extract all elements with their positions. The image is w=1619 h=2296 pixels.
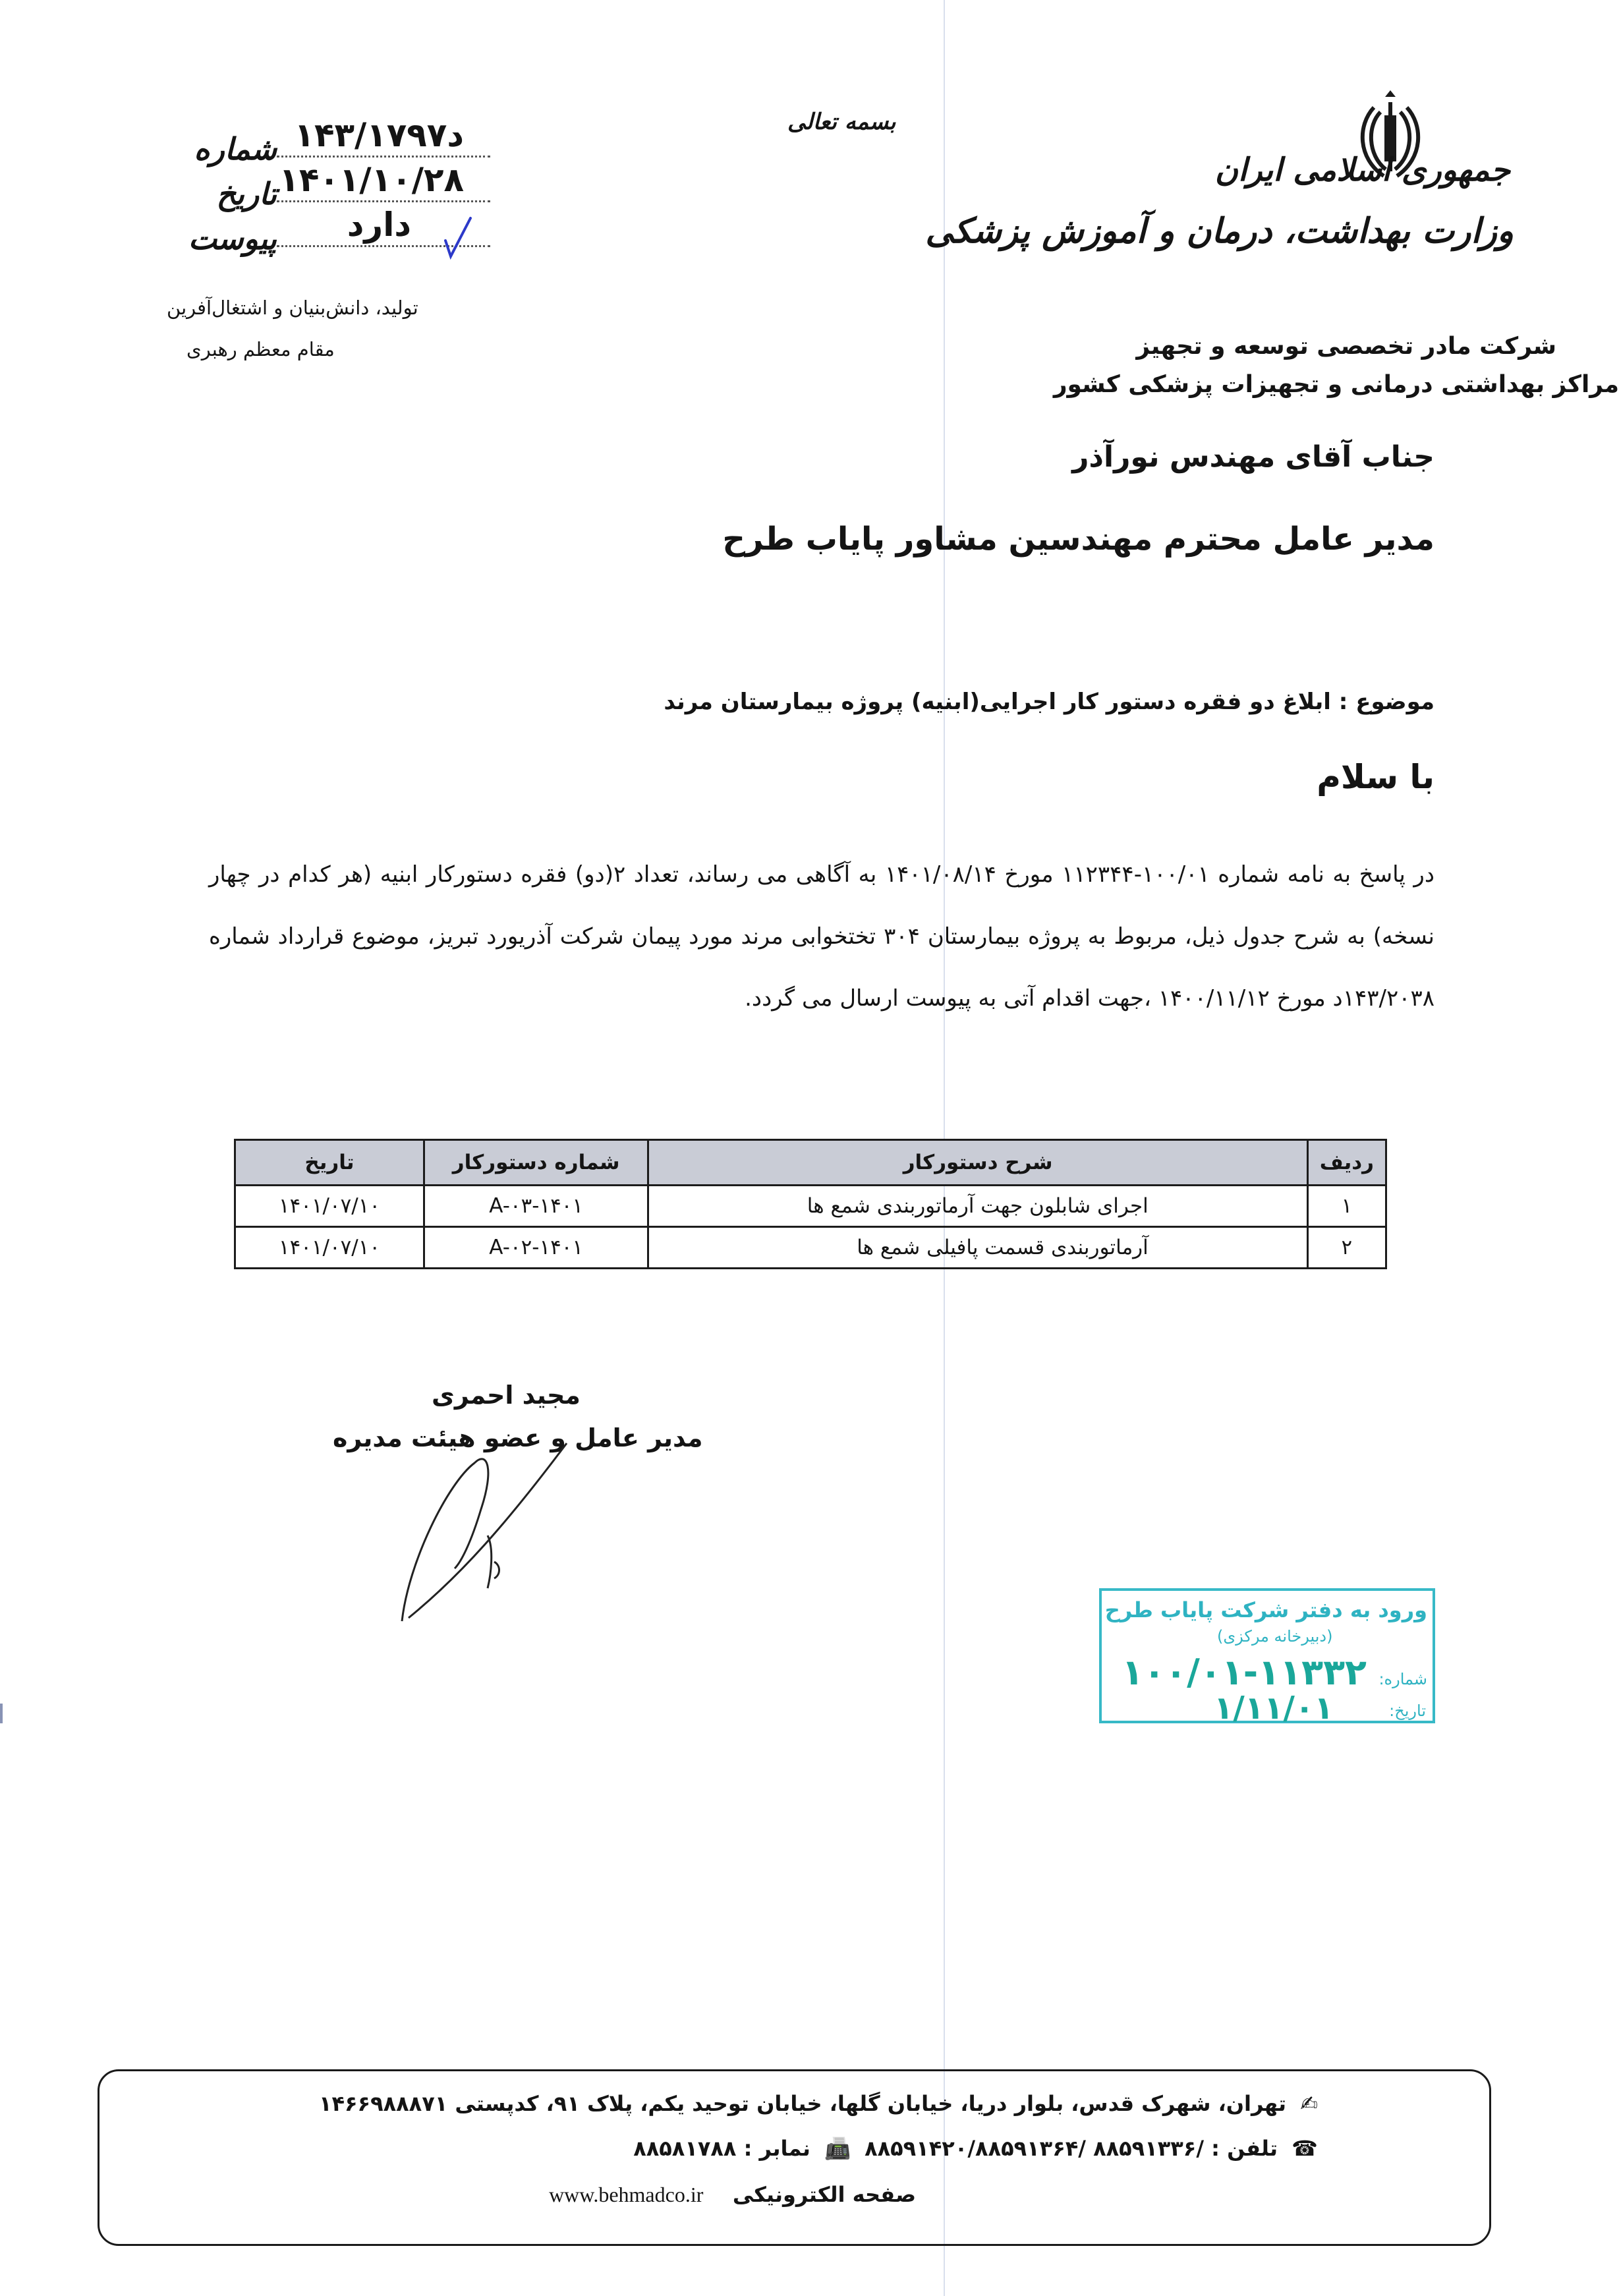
cell-date: ۱۴۰۱/۰۷/۱۰ [235, 1186, 424, 1227]
reference-attachment-value: دارد [347, 206, 411, 244]
ministry-line-1: جمهوری اسلامی ایران [1215, 152, 1510, 188]
receipt-stamp: ورود به دفتر شرکت پایاب طرح (دبیرخانه مر… [1099, 1588, 1435, 1723]
ministry-line-2: وزارت بهداشت، درمان و آموزش پزشکی [925, 211, 1514, 251]
stamp-number-label: شماره: [1378, 1670, 1427, 1688]
letter-body: در پاسخ به نامه شماره ۱۰۰/۰۱-۱۱۲۳۴۴ مورخ… [209, 844, 1434, 1029]
scan-edge-mark [0, 1704, 3, 1723]
stamp-number-value: ۱۰۰/۰۱-۱۱۳۳۲ [1122, 1651, 1367, 1693]
stamp-title: ورود به دفتر شرکت پایاب طرح [1105, 1597, 1427, 1622]
slogan-line-1: تولید، دانش‌بنیان و اشتغال‌آفرین [167, 297, 418, 319]
fax-number: ۸۸۵۸۱۷۸۸ [633, 2136, 736, 2161]
address-text: تهران، شهرک قدس، بلوار دریا، خیابان گلها… [319, 2091, 1286, 2116]
table-row: ۲ آرماتوربندی قسمت پافیلی شمع ها A-۰۲-۱۴… [235, 1227, 1386, 1269]
fax-icon: 📠 [824, 2136, 851, 2161]
phone-numbers: ۸۸۵۹۱۴۲۰/۸۸۵۹۱۳۶۴/ ۸۸۵۹۱۳۳۶/ [865, 2136, 1204, 2161]
org-line-1: شرکت مادر تخصصی توسعه و تجهیز [1136, 333, 1556, 360]
handwritten-signature [395, 1430, 619, 1628]
cell-order-number: A-۰۲-۱۴۰۱ [424, 1227, 648, 1269]
telephone-icon: ☎ [1292, 2136, 1318, 2161]
header-row-number: ردیف [1307, 1140, 1386, 1186]
cell-row-number: ۲ [1307, 1227, 1386, 1269]
website-link[interactable]: www.behmadco.ir [549, 2183, 703, 2206]
reference-date-value: ۱۴۰۱/۱۰/۲۸ [279, 161, 464, 199]
reference-date-row: تاریخ ۱۴۰۱/۱۰/۲۸ [198, 167, 494, 212]
phone-label: تلفن : [1211, 2136, 1278, 2161]
reference-date-label: تاریخ [198, 176, 277, 212]
table-row: ۱ اجرای شابلون جهت آرماتوربندی شمع ها A-… [235, 1186, 1386, 1227]
website-label: صفحه الکترونیکی [733, 2182, 916, 2207]
work-orders-table: ردیف شرح دستورکار شماره دستورکار تاریخ ۱… [234, 1139, 1387, 1269]
greeting: با سلام [1317, 758, 1434, 796]
header-date: تاریخ [235, 1140, 424, 1186]
footer-address: ✍ تهران، شهرک قدس، بلوار دریا، خیابان گل… [319, 2091, 1318, 2116]
cell-description: اجرای شابلون جهت آرماتوربندی شمع ها [648, 1186, 1307, 1227]
reference-number-value: ۱۴۳/۱۷۹۷د [294, 116, 464, 154]
addressee-title: مدیر عامل محترم مهندسین مشاور پایاب طرح [722, 521, 1434, 558]
header-order-number: شماره دستورکار [424, 1140, 648, 1186]
stamp-date-value: ۱/۱۱/۰۱ [1214, 1690, 1334, 1727]
addressee-name: جناب آقای مهندس نورآذر [1072, 440, 1434, 474]
reference-attachment-label: پیوست [198, 221, 277, 256]
signer-name: مجید احمری [432, 1381, 581, 1410]
fax-label: نمابر : [744, 2136, 810, 2161]
dotted-line: ۱۴۰۱/۱۰/۲۸ [277, 200, 490, 202]
footer-website: صفحه الکترونیکی www.behmadco.ir [549, 2182, 916, 2207]
stamp-subtitle: (دبیرخانه مرکزی) [1217, 1627, 1332, 1646]
stamp-date-label: تاریخ: [1389, 1702, 1426, 1720]
dotted-line: ۱۴۳/۱۷۹۷د [277, 155, 490, 158]
check-mark-icon [441, 214, 474, 260]
table-header-row: ردیف شرح دستورکار شماره دستورکار تاریخ [235, 1140, 1386, 1186]
basmala: بسمه تعالی [787, 109, 895, 135]
reference-number-row: شماره ۱۴۳/۱۷۹۷د [198, 122, 494, 167]
slogan-line-2: مقام معظم رهبری [186, 338, 335, 360]
pen-icon: ✍ [1300, 2091, 1318, 2116]
header-description: شرح دستورکار [648, 1140, 1307, 1186]
footer-phone-fax: ☎ تلفن : ۸۸۵۹۱۴۲۰/۸۸۵۹۱۳۶۴/ ۸۸۵۹۱۳۳۶/ 📠 … [633, 2136, 1318, 2161]
reference-number-label: شماره [198, 131, 277, 167]
cell-order-number: A-۰۳-۱۴۰۱ [424, 1186, 648, 1227]
footer-contact-box: ✍ تهران، شهرک قدس، بلوار دریا، خیابان گل… [98, 2069, 1491, 2246]
cell-description: آرماتوربندی قسمت پافیلی شمع ها [648, 1227, 1307, 1269]
cell-row-number: ۱ [1307, 1186, 1386, 1227]
cell-date: ۱۴۰۱/۰۷/۱۰ [235, 1227, 424, 1269]
subject-line: موضوع : ابلاغ دو فقره دستور کار اجرایی(ا… [664, 689, 1434, 715]
org-line-2: مراکز بهداشتی درمانی و تجهیزات پزشکی کشو… [1054, 371, 1619, 398]
